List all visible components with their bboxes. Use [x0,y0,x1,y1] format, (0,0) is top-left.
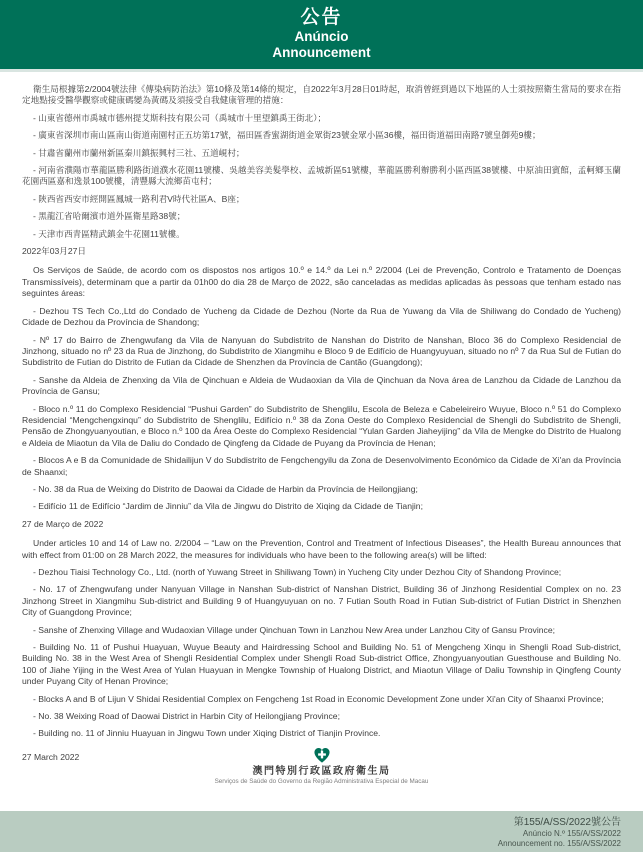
portuguese-date: 27 de Março de 2022 [22,519,621,530]
english-area-item: - No. 17 of Zhengwufang under Nanyuan Vi… [22,584,621,618]
portuguese-area-item: - Edifício 11 de Edifício “Jardim de Jin… [22,501,621,512]
section-english: Under articles 10 and 14 of Law no. 2/20… [22,538,621,740]
chinese-area-item: - 甘肅省蘭州市蘭州新區秦川鎮振興村三社、五道峴村； [22,148,621,159]
english-intro: Under articles 10 and 14 of Law no. 2/20… [22,538,621,561]
chinese-area-item: - 陝西省西安市經開區鳳城一路利君V時代社區A、B座； [22,194,621,205]
portuguese-area-item: - Blocos A e B da Comunidade de Shidaili… [22,455,621,478]
issuer-name-pt: Serviços de Saúde do Governo da Região A… [22,778,621,786]
section-portuguese: Os Serviços de Saúde, de acordo com os d… [22,265,621,530]
english-area-item: - Sanshe of Zhenxing Village and Wudaoxi… [22,625,621,636]
announcement-body: 衛生局根據第2/2004號法律《傳染病防治法》第10條及第14條的規定，自202… [0,72,643,811]
chinese-date: 2022年03月27日 [22,246,621,257]
english-area-item: - Building No. 11 of Pushui Huayuan, Wuy… [22,642,621,688]
portuguese-intro: Os Serviços de Saúde, de acordo com os d… [22,265,621,299]
chinese-area-item: - 山東省德州市禹城市德州提艾斯科技有限公司（禹城市十里望鎮禹王街北）； [22,113,621,124]
english-area-item: - Building no. 11 of Jinniu Huayuan in J… [22,728,621,739]
reference-band: 第155/A/SS/2022號公告 Anúncio N.º 155/A/SS/2… [0,811,643,852]
portuguese-area-item: - Nº 17 do Bairro de Zhengwufang da Vila… [22,335,621,369]
english-area-item: - Dezhou Tiaisi Technology Co., Ltd. (no… [22,567,621,578]
chinese-intro: 衛生局根據第2/2004號法律《傳染病防治法》第10條及第14條的規定，自202… [22,84,621,107]
chinese-area-item: - 河南省濮陽市華龍區勝利路街道濮水花園11號樓、吳越美容美髮學校、孟城新區51… [22,165,621,188]
page-title-en: Announcement [0,45,643,61]
issuer-name-zh: 澳門特別行政區政府衛生局 [22,766,621,778]
english-area-item: - No. 38 Weixing Road of Daowai District… [22,711,621,722]
portuguese-area-item: - Bloco n.º 11 do Complexo Residencial “… [22,404,621,450]
page-title-pt: Anúncio [0,29,643,45]
page-title-zh: 公告 [0,7,643,29]
announcement-number-zh: 第155/A/SS/2022號公告 [0,817,621,829]
health-bureau-heart-cross-icon [312,746,332,765]
header-banner: 公告 Anúncio Announcement [0,0,643,72]
portuguese-area-item: - Dezhou TS Tech Co.,Ltd do Condado de Y… [22,306,621,329]
portuguese-area-item: - No. 38 da Rua de Weixing do Distrito d… [22,484,621,495]
announcement-number-en: Announcement no. 155/A/SS/2022 [0,839,621,849]
chinese-area-item: - 天津市西青區精武鎮金牛花園11號樓。 [22,229,621,240]
chinese-area-item: - 黑龍江省哈爾濱市道外區衛星路38號； [22,211,621,222]
section-chinese: 衛生局根據第2/2004號法律《傳染病防治法》第10條及第14條的規定，自202… [22,84,621,257]
announcement-number-pt: Anúncio N.º 155/A/SS/2022 [0,829,621,839]
signature-row: 27 March 2022 澳門特別行政區政府衛生局 Serviços de S… [22,746,621,798]
portuguese-area-item: - Sanshe da Aldeia de Zhenxing da Vila d… [22,375,621,398]
english-area-item: - Blocks A and B of Lijun V Shidai Resid… [22,694,621,705]
issuer-block: 澳門特別行政區政府衛生局 Serviços de Saúde do Govern… [22,746,621,786]
chinese-area-item: - 廣東省深圳市南山區南山街道南園村正五坊第17號，福田區香蜜湖街道金眾街23號… [22,130,621,141]
